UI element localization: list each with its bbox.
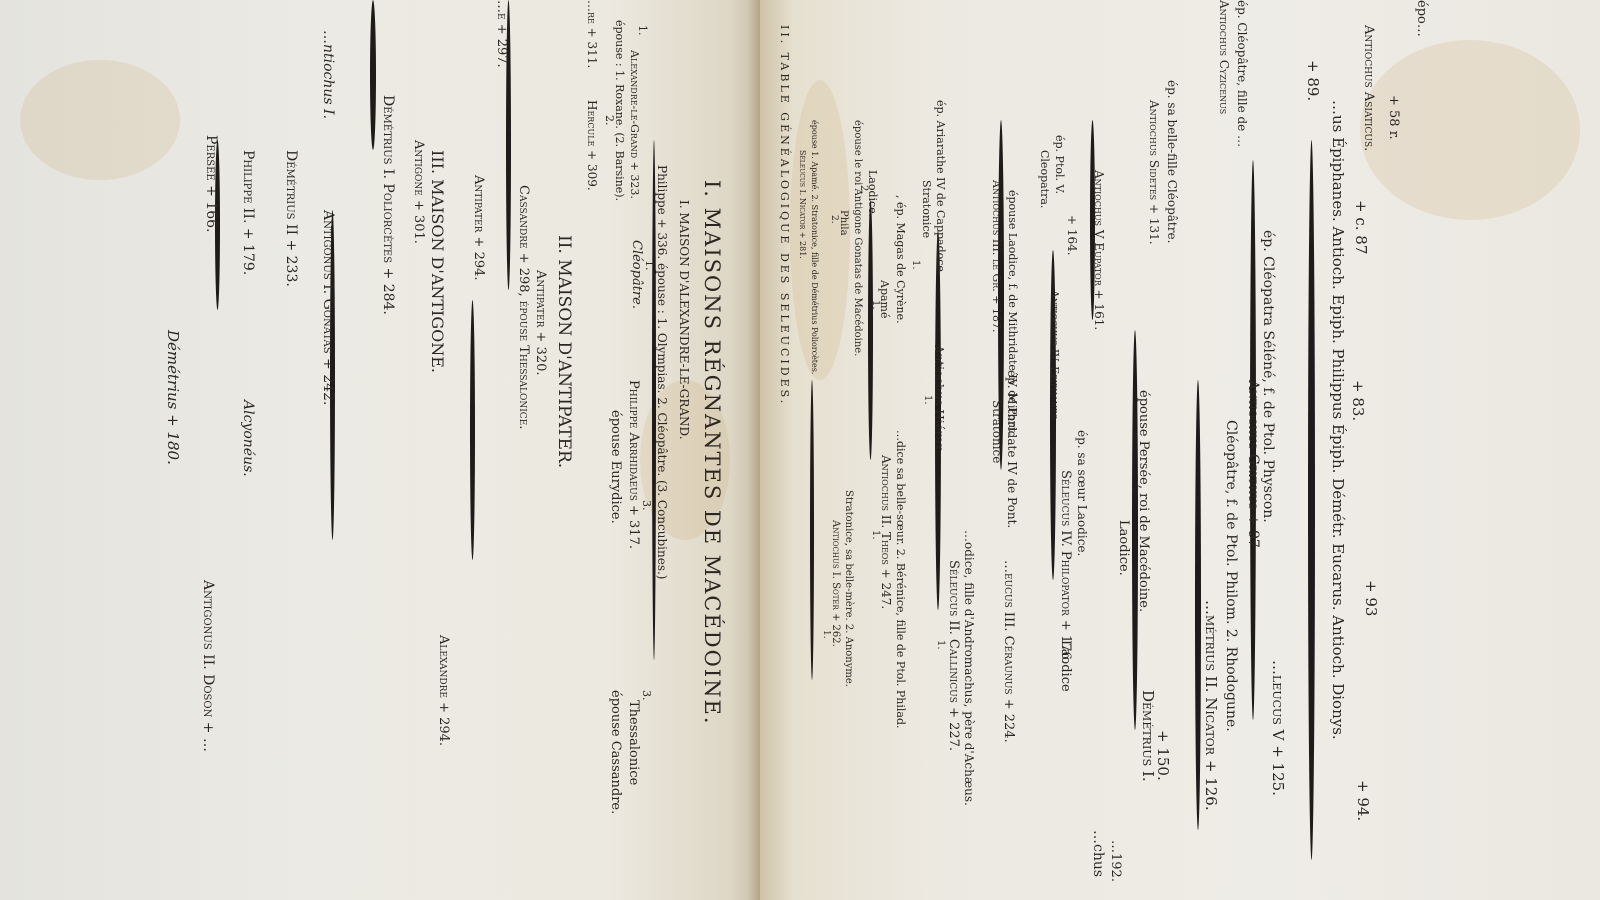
alexandre-294: Alexandre + 294.: [437, 635, 450, 746]
stratonice-2-entry: Stratonice: [991, 400, 1003, 463]
asiaticus-death: + 58 r.: [1387, 95, 1400, 140]
house-antipater-title: II. MAISON D'ANTIPATER.: [555, 235, 572, 468]
antiochus-2-spouse: …dice sa belle-sœur. 2. Bérénice, fille …: [895, 430, 906, 729]
left-page-title: I. MAISONS RÉGNANTES DE MACÉDOINE.: [701, 180, 722, 726]
arrhidaeus-num: 3.: [641, 500, 652, 511]
death-94: + 94.: [1355, 780, 1370, 821]
stratonice-entry: Stratonice: [921, 180, 932, 238]
alexandre-entry: Alexandre-le-Grand + 323.: [629, 50, 640, 199]
antiochus-3-entry: Antiochus III. le Gr. + 187.: [991, 180, 1002, 333]
arrhidaeus-entry: Philippe Arrhidaeus + 317.: [627, 380, 640, 549]
right-page: II. TABLE GÉNÉALOGIQUE DES SELEUCIDES. S…: [760, 0, 1600, 900]
antiochus-2-entry: Antiochus II. Theos + 247.: [880, 455, 892, 609]
hierax-num: 1.: [922, 395, 932, 405]
seleucus-2-spouse: …odice, fille d'Andromachus, père d'Achæ…: [963, 530, 975, 806]
sidetes-spouse: ép. sa belle-fille Cléopâtre.: [1166, 80, 1178, 243]
antipater-294: Antipater + 294.: [472, 175, 485, 281]
phila-num: 2.: [829, 215, 838, 224]
antiochus-3-spouse: épouse Laodice, f. de Mithridate IV de P…: [1007, 190, 1018, 436]
laodice-3-entry: Laodice.: [1117, 520, 1130, 576]
alexandre-spouse: épouse : 1. Roxane. (2. Barsine).: [614, 20, 625, 201]
seleucus-2-num: 1.: [935, 640, 945, 650]
antiochus-4-entry: Antiochus IV. Epiphanes: [1049, 290, 1060, 419]
genealogy-brace: [370, 0, 376, 150]
seleucus-1-entry: Séleucus I. Nicator + 281.: [798, 150, 806, 259]
seleucus-4-entry: Séleucus IV. Philopator + 176.: [1059, 470, 1072, 664]
philippe-297: …e + 297.: [495, 0, 508, 68]
laodice-3-spouse: épouse Persée, roi de Macédoine.: [1137, 390, 1150, 612]
hercule-num: 2.: [604, 115, 615, 126]
thessalonice-spouse: épouse Cassandre.: [609, 690, 622, 814]
death-83: + 83.: [1350, 380, 1365, 421]
death-89: + 89.: [1305, 60, 1320, 101]
cyzicenus-entry: Antiochus Cyzicenus: [1218, 0, 1230, 114]
cleopatre-entry: Cléopâtre.: [630, 240, 643, 309]
grypus-entry: Antiochus Gryphus + 97: [1246, 380, 1260, 548]
cleopatra-spouse: ép. Ptol. V.: [1054, 135, 1065, 194]
seleucus-1-spouse: épouse 1. Apamé. 2. Stratonice, fille de…: [810, 120, 818, 374]
phila-spouse: épouse le roi Antigone Gonatas de Macédo…: [852, 120, 862, 356]
demetrius-1-entry: Démétrius I. Poliorcètes + 284.: [381, 95, 395, 315]
apame-entry: Apamé: [879, 280, 890, 318]
cyzicenus-spouse: ép. Cléopâtre, fille de …: [1236, 0, 1248, 147]
seleucus-3-entry: …eucus III. Céraunus + 224.: [1002, 560, 1015, 743]
chus-entry: …chus: [1091, 830, 1105, 877]
philippe-entry: Philippe + 336. épouse : 1. Olympias. 2.…: [656, 165, 668, 580]
demetrius-1-death: + 150.: [1155, 730, 1170, 781]
antiochus-1-num: 1.: [821, 630, 830, 639]
demetrius-2-spouse: Cléopâtre, f. de Ptol. Philom. 2. Rhodog…: [1224, 420, 1238, 732]
left-page: I. MAISONS RÉGNANTES DE MACÉDOINE. I. MA…: [0, 0, 760, 900]
philippe-2-entry: Philippe II. + 179.: [241, 150, 255, 275]
thessalonice-entry: Thessalonice: [627, 700, 640, 785]
antigonus-1-entry: Antigonus I. Gonatas + 242.: [321, 210, 335, 405]
phila-entry: Phila: [838, 210, 848, 236]
demetrius-1-right-entry: Démétrius I.: [1140, 690, 1155, 782]
asiaticus-spouse: épo…: [1415, 0, 1428, 37]
antiochus-1-entry: …ntiochus I.: [321, 30, 335, 119]
cassandre-entry: Cassandre + 298, épouse Thessalonice.: [517, 185, 530, 429]
hierax-entry: Antiochus Hiérax.: [933, 345, 945, 454]
death-93: + 93: [1363, 580, 1378, 616]
stratonice-spouse: ép. Ariarathe IV de Cappadoce.: [935, 100, 946, 275]
persee-entry: Persée + 166.: [204, 135, 218, 233]
paper-stain: [20, 60, 180, 180]
house-antigone-title: III. MAISON D'ANTIGONE.: [429, 150, 445, 373]
demetrius-180-entry: Démétrius + 180.: [165, 330, 180, 465]
genealogy-brace: [1308, 140, 1315, 860]
right-page-title: II. TABLE GÉNÉALOGIQUE DES SELEUCIDES.: [779, 25, 790, 406]
death-192: …192.: [1109, 840, 1122, 882]
genealogy-brace: [652, 140, 656, 660]
demetrius-2-right-entry: …métrius II. Nicator + 126.: [1203, 600, 1218, 811]
descendants-line: …us Épiphanes. Antioch. Epiph. Philippus…: [1330, 100, 1345, 740]
seleucus-4-spouse: ép. sa sœur Laodice.: [1076, 430, 1088, 556]
son-311: …re + 311.: [586, 0, 598, 68]
alexandre-num: 1.: [637, 25, 648, 36]
seleucus-2-entry: Séleucus II. Callinicus + 227.: [947, 560, 960, 751]
laodice-entry: Laodice.: [867, 170, 878, 217]
antiochus-1-entry: Antiochus I. Soter + 262.: [830, 520, 840, 647]
antigone-entry: Antigone + 301.: [412, 140, 425, 244]
genealogy-brace: [810, 380, 814, 680]
antiochus-5-entry: Antiochus V Eupator + 161.: [1093, 170, 1105, 330]
sidetes-entry: Antiochus Sidetes + 131.: [1148, 100, 1160, 245]
antiochus-4-death: + 164.: [1066, 215, 1078, 256]
stratonice-num: 1.: [910, 260, 920, 270]
hercule-entry: Hercule + 309.: [586, 100, 598, 191]
genealogy-brace: [470, 300, 475, 560]
asiaticus-entry: Antiochus Asiaticus.: [1362, 25, 1375, 151]
alcyoneus-entry: Alcyonéus.: [241, 400, 255, 477]
grypus-spouse: ép. Cléopatra Séléné, f. de Ptol. Physco…: [1261, 230, 1275, 523]
antigonus-2-entry: Antigonus II. Doson + …: [201, 580, 215, 752]
genealogy-brace: [1195, 380, 1201, 830]
antiochus-1-spouse: Stratonice, sa belle-mère. 2. Anonyme.: [843, 490, 853, 687]
demetrius-2-entry: Démétrius II + 233.: [284, 150, 298, 287]
arrhidaeus-spouse: épouse Eurydice.: [609, 410, 622, 524]
house-alexandre-title: I. MAISON D'ALEXANDRE-LE-GRAND.: [678, 200, 690, 440]
death-87: + c. 87: [1353, 200, 1368, 254]
antipater-entry: Antipater + 320.: [534, 270, 547, 376]
cleopatra-entry: Cleopatra.: [1039, 150, 1050, 208]
cleopatre-num: 1.: [644, 260, 655, 271]
apame-spouse: , ép. Magas de Cyrène.: [895, 195, 906, 324]
thessalonice-num: 3.: [641, 690, 652, 701]
seleucus-5-entry: …leucus V + 125.: [1270, 660, 1285, 796]
genealogy-brace: [868, 200, 873, 460]
